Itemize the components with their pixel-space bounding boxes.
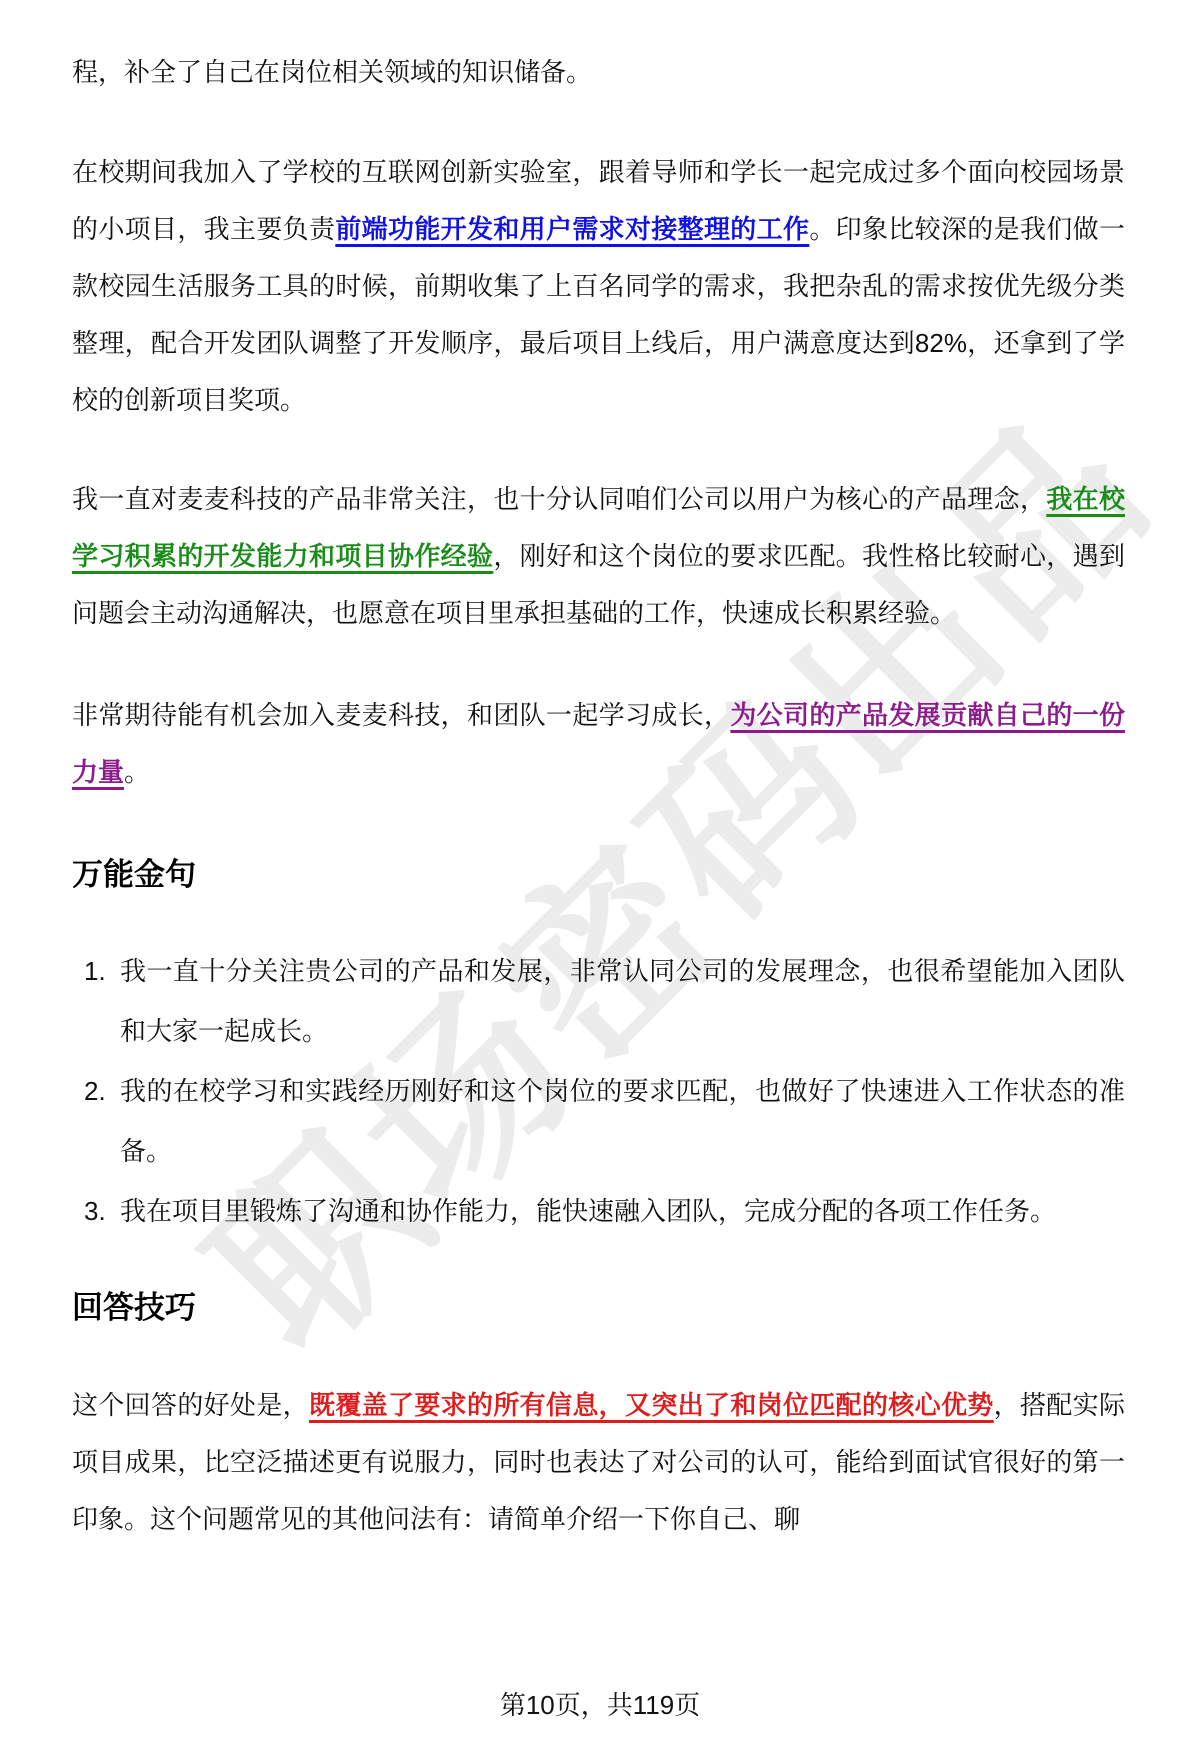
paragraph-company-interest: 我一直对麦麦科技的产品非常关注，也十分认同咱们公司以用户为核心的产品理念，我在校… [72, 471, 1125, 642]
paragraph-text: 我一直对麦麦科技的产品非常关注，也十分认同咱们公司以用户为核心的产品理念， [72, 484, 1046, 514]
section-heading-answer-tips: 回答技巧 [72, 1288, 1125, 1328]
list-item-number: 3. [84, 1181, 120, 1241]
paragraph-campus-experience: 在校期间我加入了学校的互联网创新实验室，跟着导师和学长一起完成过多个面向校园场景… [72, 144, 1125, 429]
paragraph-text: 这个回答的好处是， [72, 1390, 309, 1420]
page-footer: 第10页，共119页 [0, 1677, 1200, 1734]
paragraph-knowledge: 程，补全了自己在岗位相关领域的知识储备。 [72, 44, 1125, 101]
list-item-text: 我的在校学习和实践经历刚好和这个岗位的要求匹配，也做好了快速进入工作状态的准备。 [120, 1061, 1125, 1181]
section-heading-golden-sentences: 万能金句 [72, 855, 1125, 895]
list-item-number: 1. [84, 941, 120, 1001]
list-item-text: 我一直十分关注贵公司的产品和发展，非常认同公司的发展理念，也很希望能加入团队和大… [120, 941, 1125, 1061]
paragraph-expectation: 非常期待能有机会加入麦麦科技，和团队一起学习成长，为公司的产品发展贡献自己的一份… [72, 687, 1125, 801]
highlight-blue-frontend-duty: 前端功能开发和用户需求对接整理的工作 [335, 214, 809, 244]
golden-sentences-list: 1. 我一直十分关注贵公司的产品和发展，非常认同公司的发展理念，也很希望能加入团… [72, 941, 1125, 1241]
list-item: 1. 我一直十分关注贵公司的产品和发展，非常认同公司的发展理念，也很希望能加入团… [72, 941, 1125, 1061]
paragraph-text: 程，补全了自己在岗位相关领域的知识储备。 [72, 57, 592, 87]
paragraph-answer-analysis: 这个回答的好处是，既覆盖了要求的所有信息，又突出了和岗位匹配的核心优势，搭配实际… [72, 1377, 1125, 1548]
page-content: 程，补全了自己在岗位相关领域的知识储备。 在校期间我加入了学校的互联网创新实验室… [72, 44, 1125, 1548]
list-item: 3. 我在项目里锻炼了沟通和协作能力，能快速融入团队，完成分配的各项工作任务。 [72, 1181, 1125, 1241]
document-page: 职场密码出品 程，补全了自己在岗位相关领域的知识储备。 在校期间我加入了学校的互… [0, 0, 1200, 1755]
paragraph-text: 。印象比较深的是我们做一款校园生活服务工具的时候，前期收集了上百名同学的需求，我… [72, 214, 1125, 415]
list-item-text: 我在项目里锻炼了沟通和协作能力，能快速融入团队，完成分配的各项工作任务。 [120, 1181, 1125, 1241]
paragraph-text: 。 [124, 757, 150, 787]
list-item: 2. 我的在校学习和实践经历刚好和这个岗位的要求匹配，也做好了快速进入工作状态的… [72, 1061, 1125, 1181]
highlight-red-advantage: 既覆盖了要求的所有信息，又突出了和岗位匹配的核心优势 [309, 1390, 994, 1420]
list-item-number: 2. [84, 1061, 120, 1121]
paragraph-text: 非常期待能有机会加入麦麦科技，和团队一起学习成长， [72, 700, 730, 730]
